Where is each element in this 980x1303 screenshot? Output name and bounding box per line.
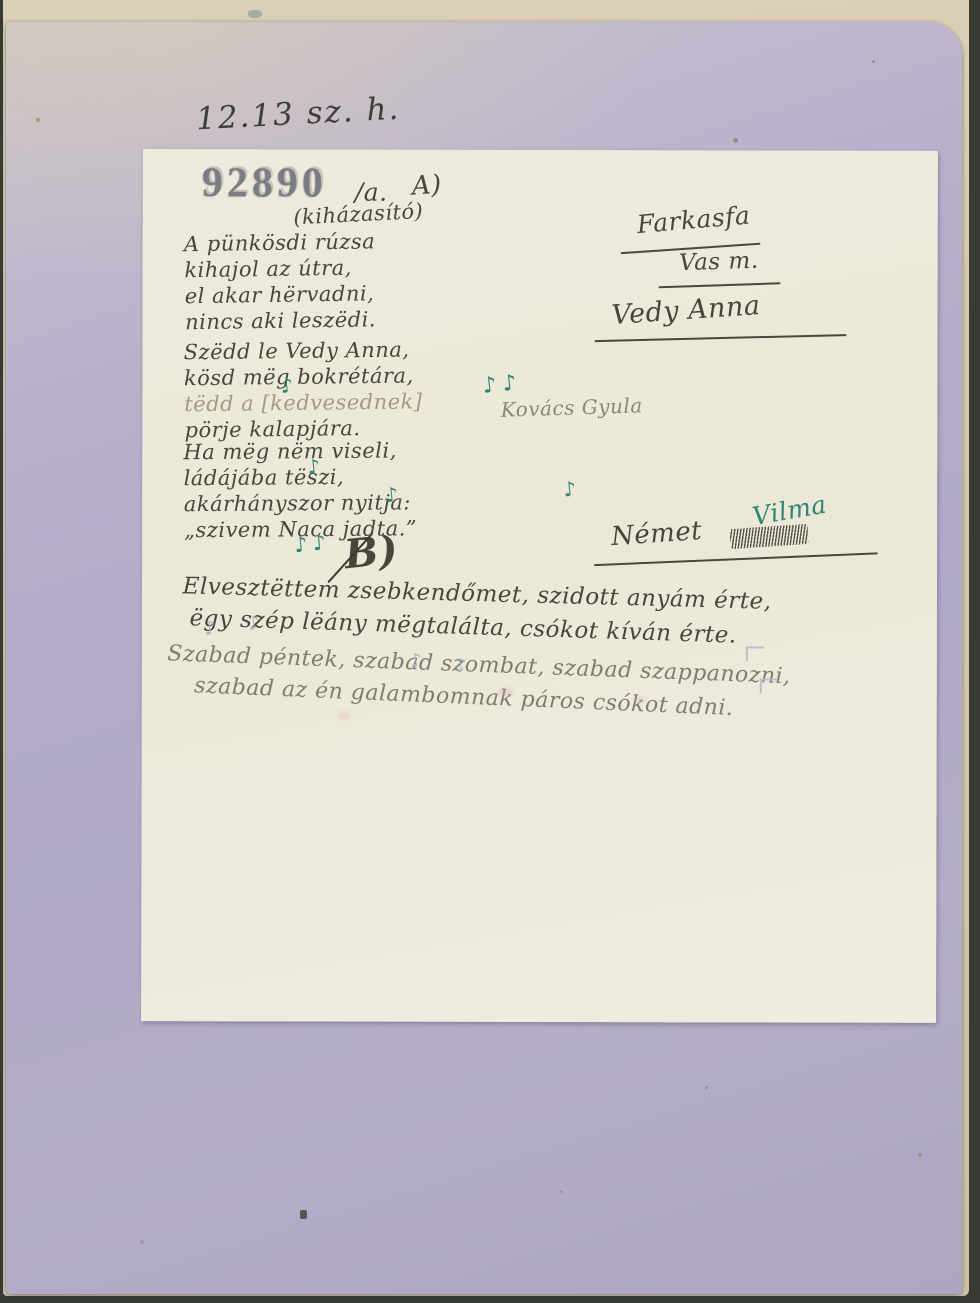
paper-speck <box>560 1190 563 1193</box>
verse-line-faded: tëdd a [kedvesednek] <box>184 388 423 417</box>
blue-pencil-bracket <box>746 646 764 661</box>
verse-line: nincs aki leszëdi. <box>185 306 377 335</box>
manuscript-card: 92890 /a. A) (kiházasító) Farkasfa Vas m… <box>141 149 938 1023</box>
performer-name: Vedy Anna <box>611 290 762 331</box>
melody-note-mark: ♪ <box>306 454 321 479</box>
pink-ink-smudge <box>634 696 646 703</box>
verse-line: A pünkösdi rúzsa <box>184 228 376 257</box>
paper-speck <box>300 1210 307 1219</box>
inserted-name: Kovács Gyula <box>500 393 643 422</box>
melody-note-mark: ♪ <box>384 482 399 507</box>
paper-speck <box>872 60 875 63</box>
paper-speck <box>705 1086 708 1089</box>
verse-line: kösd mëg bokrétára, <box>184 362 423 391</box>
verse-line: el akar hërvadni, <box>185 280 377 309</box>
stanza-1: A pünkösdi rúzsa kihajol az útra, el aka… <box>184 228 377 335</box>
county-underline <box>659 282 781 288</box>
inventory-stamp: 92890 <box>202 159 327 207</box>
section-b-label: B) <box>342 526 400 578</box>
verse-line: akárhányszor nyitja: <box>184 489 417 517</box>
blue-pencil-bracket <box>760 678 778 693</box>
melody-note-mark: ♪ <box>562 476 577 501</box>
performer-underline <box>594 334 846 342</box>
collector-correction: Vilma <box>750 490 829 531</box>
stanza-2: Szëdd le Vedy Anna, kösd mëg bokrétára, … <box>184 336 423 443</box>
pink-ink-smudge <box>498 688 514 697</box>
verse-line: Szëdd le Vedy Anna, <box>184 336 423 365</box>
melody-note-mark: ♪♪ <box>293 530 332 558</box>
collector-name: Német <box>610 516 703 552</box>
locality-name: Farkasfa <box>636 201 752 240</box>
scanned-page: 12.13 sz. h. 92890 /a. A) (kiházasító) F… <box>0 0 980 1303</box>
verse-line: kihajol az útra, <box>184 254 376 283</box>
verse-line: Ha mëg nëm viseli, <box>183 437 416 465</box>
county-name: Vas m. <box>679 248 759 277</box>
paper-speck <box>36 118 40 122</box>
melody-note-mark: ♪ <box>279 373 294 398</box>
genre-note: (kiházasító) <box>293 199 424 230</box>
paper-speck <box>733 138 738 143</box>
section-a-label: A) <box>411 170 443 202</box>
paper-speck <box>140 1240 144 1244</box>
melody-note-mark: ♪♪ <box>481 370 523 399</box>
paper-speck <box>248 10 262 18</box>
pink-ink-smudge <box>338 712 351 720</box>
paper-speck <box>918 1153 922 1157</box>
collector-underline <box>594 552 878 566</box>
verse-line: ládájába tëszi, <box>184 463 417 491</box>
